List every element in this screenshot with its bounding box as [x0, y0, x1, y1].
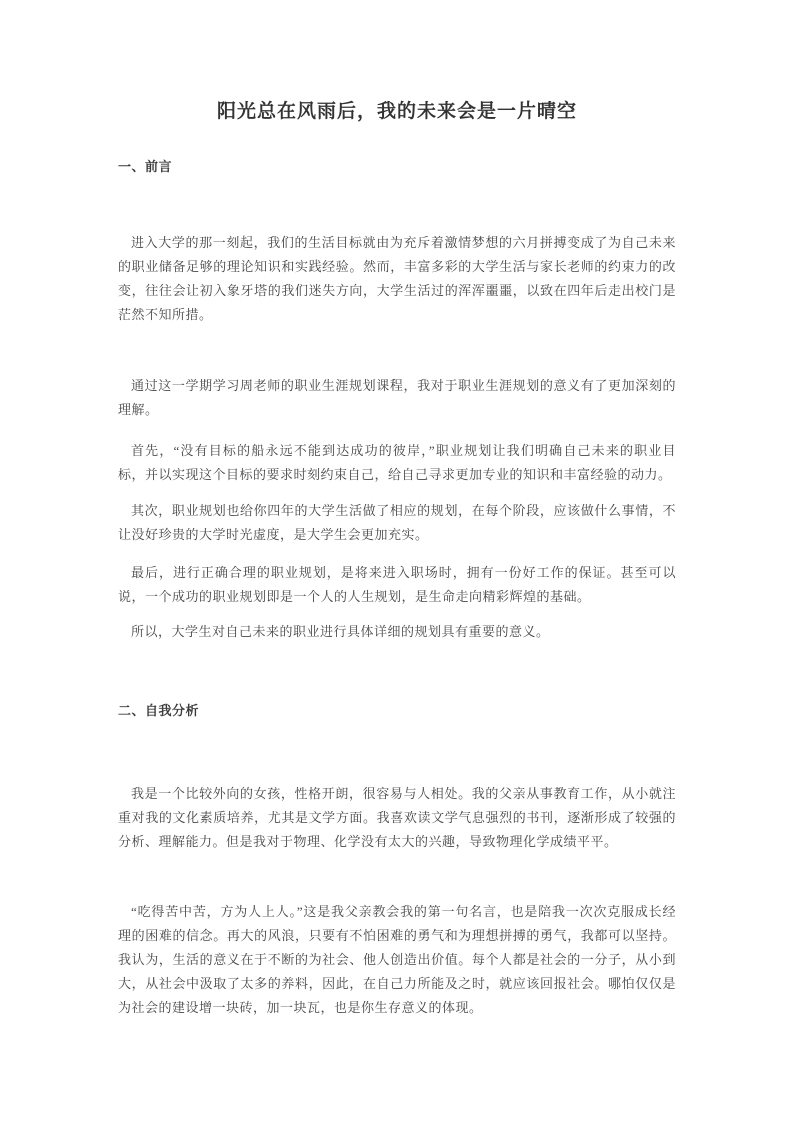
paragraph-self-analysis-2: “吃得苦中苦，方为人上人。”这是我父亲教会我的第一句名言，也是陪我一次次克服成长…: [118, 900, 676, 1020]
section-heading-self-analysis: 二、自我分析: [118, 699, 676, 723]
paragraph-preface-1: 进入大学的那一刻起，我们的生活目标就由为充斥着激情梦想的六月拼搏变成了为自己未来…: [118, 231, 676, 327]
document-title: 阳光总在风雨后，我的未来会是一片晴空: [118, 97, 676, 127]
paragraph-self-analysis-1: 我是一个比较外向的女孩，性格开朗，很容易与人相处。我的父亲从事教育工作，从小就注…: [118, 782, 676, 854]
section-heading-preface: 一、前言: [118, 155, 676, 179]
paragraph-preface-5: 最后，进行正确合理的职业规划，是将来进入职场时，拥有一份好工作的保证。甚至可以说…: [118, 561, 676, 609]
paragraph-preface-3: 首先，“没有目标的船永远不能到达成功的彼岸，”职业规划让我们明确自己未来的职业目…: [118, 439, 676, 487]
paragraph-preface-2: 通过这一学期学习周老师的职业生涯规划课程，我对于职业生涯规划的意义有了更加深刻的…: [118, 374, 676, 422]
document-page: 阳光总在风雨后，我的未来会是一片晴空 一、前言 进入大学的那一刻起，我们的生活目…: [0, 0, 793, 1122]
paragraph-preface-4: 其次，职业规划也给你四年的大学生活做了相应的规划，在每个阶段，应该做什么事情，不…: [118, 499, 676, 547]
paragraph-preface-6: 所以，大学生对自己未来的职业进行具体详细的规划具有重要的意义。: [118, 620, 676, 644]
